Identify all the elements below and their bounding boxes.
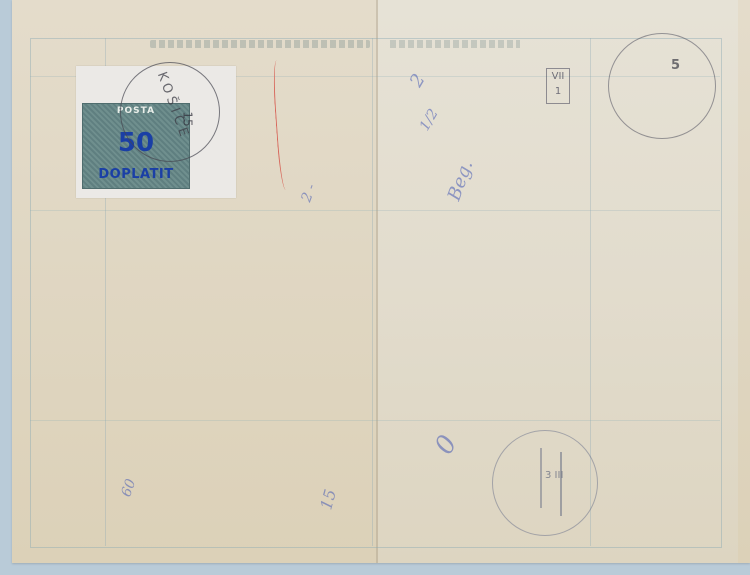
- grid-line: [30, 210, 720, 211]
- grid-line: [372, 38, 373, 546]
- box-stamp-line2: 1: [547, 84, 569, 99]
- grid-line: [30, 420, 720, 421]
- postmark-bar: [560, 452, 562, 516]
- postmark-date: 3 III: [545, 470, 563, 481]
- box-stamp-line1: VII: [547, 69, 569, 84]
- postmark-circle: [492, 430, 598, 536]
- postmark-number: 5: [671, 58, 680, 73]
- postmark-bar: [540, 448, 542, 508]
- printed-header: [150, 40, 370, 48]
- postmark-date: 15: [181, 111, 195, 126]
- box-stamp: VII 1: [546, 68, 570, 104]
- postmark-circle: [608, 33, 716, 139]
- printed-header: [390, 40, 520, 48]
- stamp-overprint: DOPLATIT: [83, 167, 189, 182]
